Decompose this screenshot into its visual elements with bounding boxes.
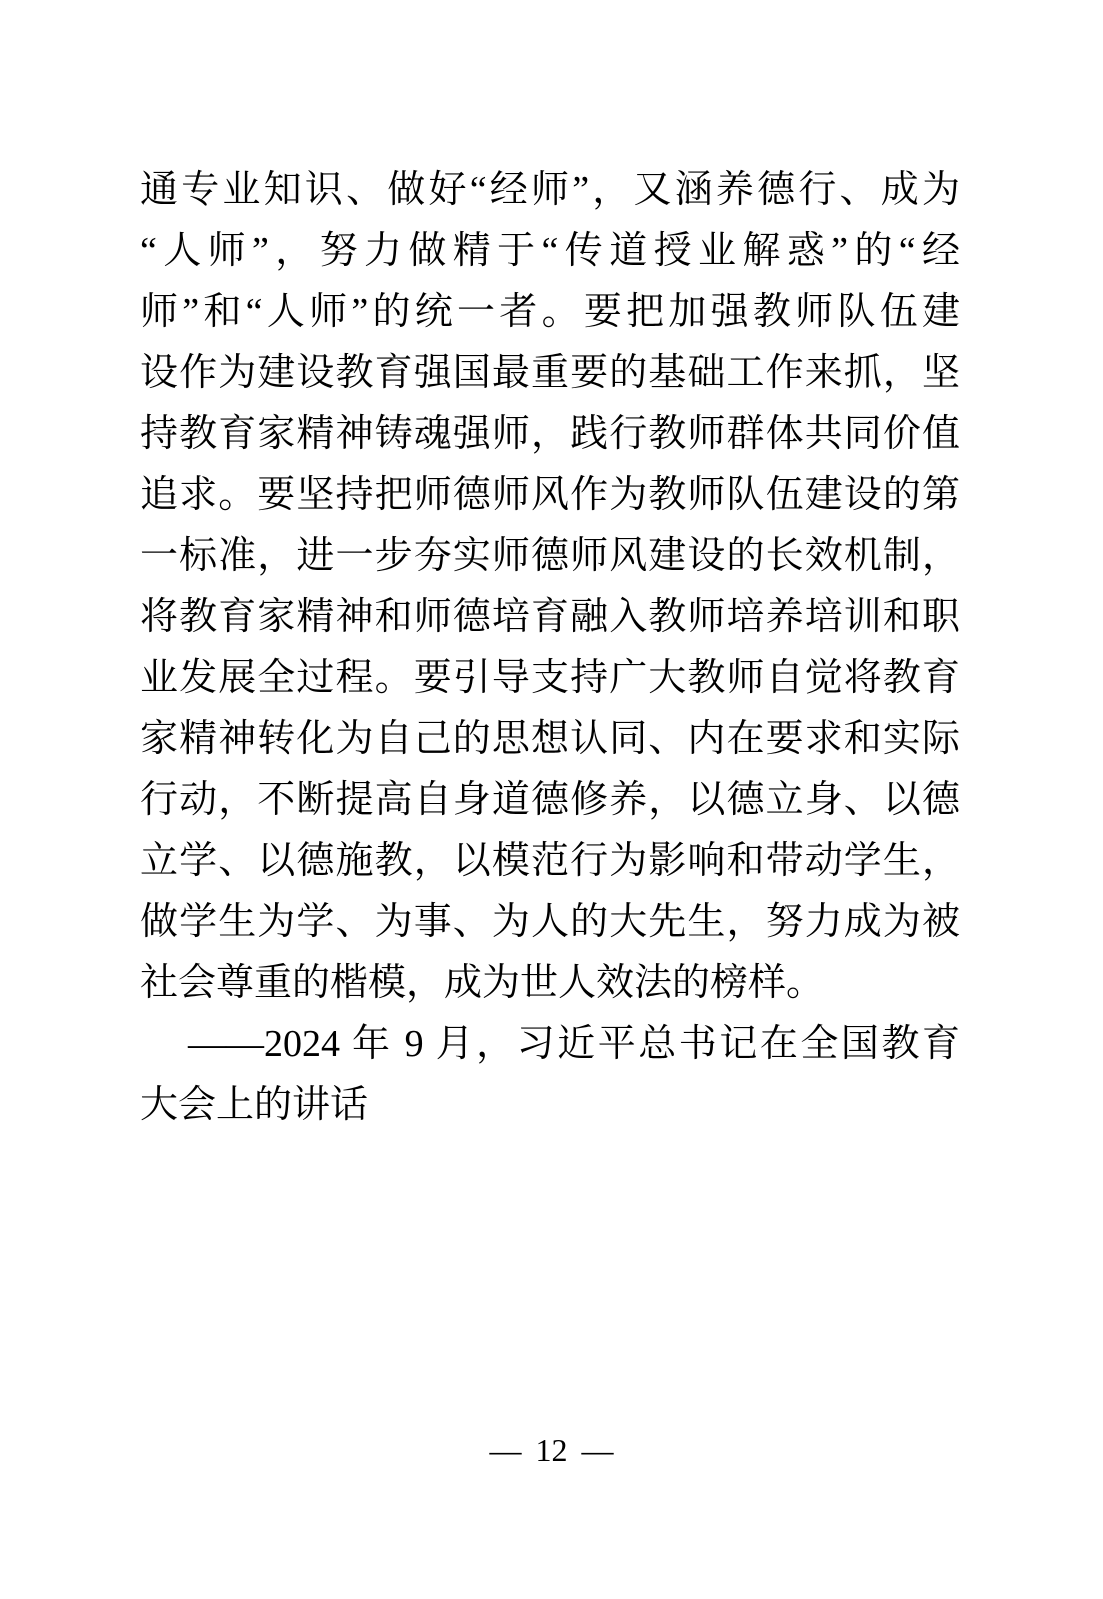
attribution-line-continued: 大会上的讲话 (140, 1075, 960, 1136)
text-line: 行动，不断提高自身道德修养，以德立身、以德 (140, 770, 960, 831)
text-line: 将教育家精神和师德培育融入教师培养培训和职 (140, 587, 960, 648)
text-line: 通专业知识、做好“经师”，又涵养德行、成为 (140, 160, 960, 221)
text-line: 做学生为学、为事、为人的大先生，努力成为被 (140, 892, 960, 953)
text-line: 设作为建设教育强国最重要的基础工作来抓，坚 (140, 343, 960, 404)
text-line: 追求。要坚持把师德师风作为教师队伍建设的第 (140, 465, 960, 526)
text-line: “人师”，努力做精于“传道授业解惑”的“经 (140, 221, 960, 282)
text-line: 师”和“人师”的统一者。要把加强教师队伍建 (140, 282, 960, 343)
page-footer: — 12 — (0, 1428, 1103, 1472)
document-page: 通专业知识、做好“经师”，又涵养德行、成为 “人师”，努力做精于“传道授业解惑”… (0, 0, 1103, 1599)
page-number: 12 (536, 1428, 568, 1472)
attribution-line: ——2024 年 9 月，习近平总书记在全国教育 (140, 1014, 960, 1075)
text-line: 社会尊重的楷模，成为世人效法的榜样。 (140, 953, 960, 1014)
text-line: 立学、以德施教，以模范行为影响和带动学生， (140, 831, 960, 892)
text-line: 业发展全过程。要引导支持广大教师自觉将教育 (140, 648, 960, 709)
footer-right-dash: — (582, 1428, 614, 1472)
text-line: 持教育家精神铸魂强师，践行教师群体共同价值 (140, 404, 960, 465)
footer-left-dash: — (490, 1428, 522, 1472)
body-text: 通专业知识、做好“经师”，又涵养德行、成为 “人师”，努力做精于“传道授业解惑”… (140, 160, 960, 1136)
text-line: 家精神转化为自己的思想认同、内在要求和实际 (140, 709, 960, 770)
text-line: 一标准，进一步夯实师德师风建设的长效机制， (140, 526, 960, 587)
